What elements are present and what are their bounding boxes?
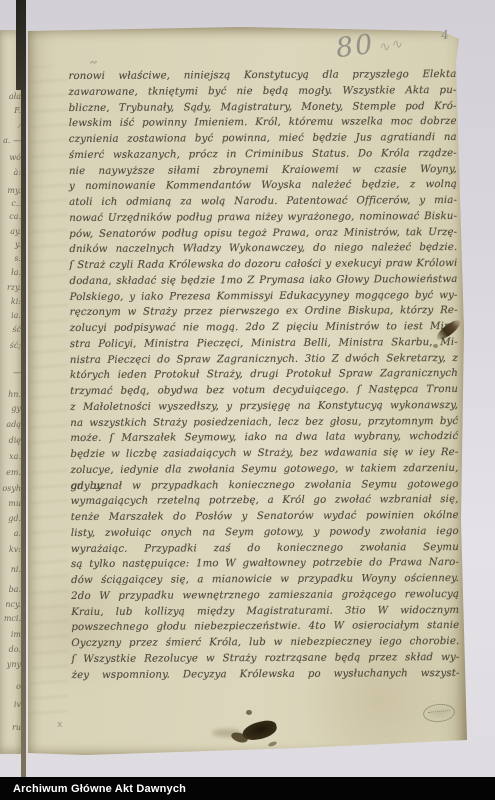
- adjacent-page-text-fragment: iv: [14, 700, 21, 709]
- adjacent-page-text-fragment: ała: [9, 92, 21, 101]
- adjacent-page-text-fragment: gd.: [8, 514, 21, 523]
- caption-bar: Archiwum Główne Akt Dawnych: [0, 777, 495, 800]
- pencil-x-mark: x: [57, 720, 62, 730]
- adjacent-page-text-fragment: osyh: [2, 484, 21, 493]
- adjacent-page-text-fragment: do.: [9, 645, 21, 654]
- adjacent-page-text-fragment: ca.: [9, 212, 21, 221]
- ink-blot-dot: [246, 710, 252, 715]
- adjacent-page-text-fragment: ru: [12, 723, 21, 732]
- adjacent-page-text-fragment: à:: [14, 168, 21, 177]
- adjacent-page-text-fragment: ść;: [10, 341, 21, 350]
- adjacent-page-edge: ałaF.⁄a. —wóà:my.c..ca.ay.y.s.ła.rzy.ki:…: [0, 30, 23, 754]
- adjacent-page-text-fragment: F.: [14, 106, 21, 115]
- manuscript-text-block: ronowi właściwe, niniejszą Konstytucyą d…: [68, 67, 459, 683]
- adjacent-page-text-fragment: ay.: [10, 227, 21, 236]
- adjacent-page-text-fragment: dię: [9, 436, 21, 445]
- pencil-page-number: 80: [334, 29, 376, 64]
- adjacent-page-text-fragment: s.: [14, 254, 21, 263]
- adjacent-page-text-fragment: ncy.: [5, 600, 21, 609]
- adjacent-page-text-fragment: hn.: [8, 390, 21, 399]
- adjacent-page-text-fragment: im: [11, 630, 21, 639]
- adjacent-page-text-fragment: a.: [14, 529, 21, 538]
- adjacent-page-text-fragment: kv:: [9, 545, 21, 554]
- adjacent-page-text-fragment: rzy.: [7, 283, 21, 292]
- adjacent-page-text-fragment: em.: [6, 468, 21, 477]
- brown-smudge-dot: [433, 344, 438, 348]
- adjacent-page-text-fragment: ła.: [11, 268, 21, 277]
- adjacent-page-text-fragment: ni.: [11, 565, 21, 574]
- adjacent-page-text-fragment: mu: [8, 499, 21, 508]
- adjacent-page-text-fragment: xa.: [9, 452, 21, 461]
- adjacent-page-text-fragment: a. —: [3, 136, 21, 145]
- pencil-top-mark: ∾: [89, 58, 97, 68]
- adjacent-page-text-fragment: yny: [7, 660, 21, 669]
- adjacent-page-text-fragment: —: [13, 368, 21, 377]
- archival-scan: ałaF.⁄a. —wóà:my.c..ca.ay.y.s.ła.rzy.ki:…: [0, 0, 495, 800]
- adjacent-page-text-fragment: gy: [11, 404, 21, 413]
- pencil-corner-mark: 4: [440, 28, 449, 43]
- adjacent-page-text-fragment: ść: [12, 325, 21, 334]
- adjacent-page-text-fragment: wó: [9, 153, 21, 162]
- archive-caption-label: Archiwum Główne Akt Dawnych: [0, 783, 186, 795]
- adjacent-page-text-fragment: ki:: [11, 297, 21, 306]
- adjacent-page-text-fragment: adą: [6, 420, 21, 429]
- adjacent-page-text-fragment: mci.: [4, 614, 21, 623]
- adjacent-page-text-fragment: my.: [7, 186, 21, 195]
- adjacent-page-text-fragment: ba.: [9, 585, 21, 594]
- adjacent-page-text-fragment: ia.: [11, 311, 21, 320]
- binding-edge: [21, 0, 26, 778]
- adjacent-page-text-fragment: c..: [11, 199, 21, 208]
- manuscript-line: żey wspomniony. Decyzya Królewska po wys…: [72, 665, 460, 683]
